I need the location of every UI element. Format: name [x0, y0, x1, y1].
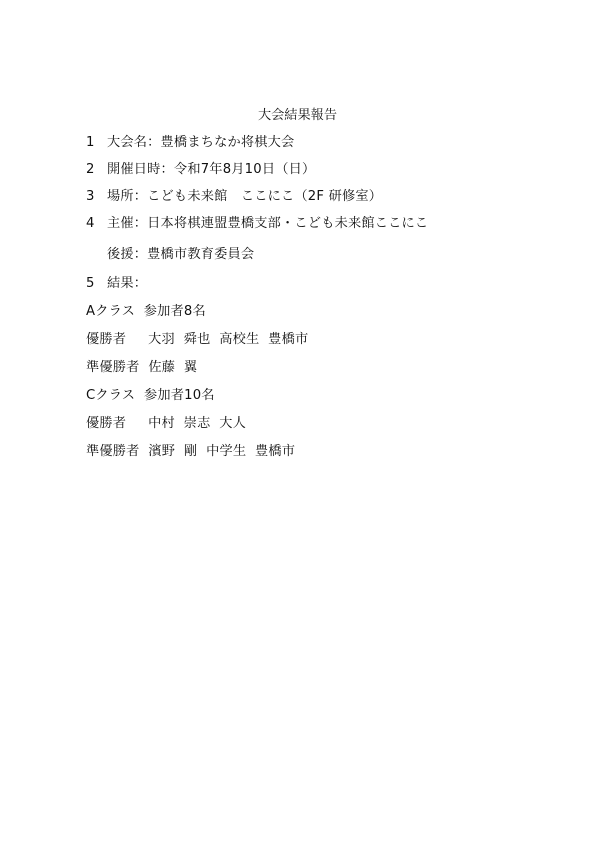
item-text: 開催日時：令和7年8月10日（日）: [107, 162, 315, 177]
result-class-a: Aクラス 参加者8名: [86, 303, 206, 321]
item-text: 場所：こども未来館 ここにこ（2F 研修室）: [107, 189, 382, 204]
item-number: 3: [86, 188, 107, 206]
result-class-c: Cクラス 参加者10名: [86, 387, 215, 405]
item-results-heading: 5結果：: [86, 275, 147, 293]
item-sponsor: 後援：豊橋市教育委員会: [86, 246, 254, 264]
report-title: 大会結果報告: [0, 107, 595, 125]
item-organizer: 4主催：日本将棋連盟豊橋支部・こども未来館ここにこ: [86, 215, 428, 233]
item-event-name: 1大会名：豊橋まちなか将棋大会: [86, 134, 294, 152]
item-text: 大会名：豊橋まちなか将棋大会: [107, 135, 294, 150]
item-text: 後援：豊橋市教育委員会: [107, 247, 254, 262]
item-number: 4: [86, 215, 107, 233]
result-c-runner-up: 準優勝者 濱野 剛 中学生 豊橋市: [86, 443, 295, 461]
item-text: 主催：日本将棋連盟豊橋支部・こども未来館ここにこ: [107, 216, 428, 231]
item-date: 2開催日時：令和7年8月10日（日）: [86, 161, 315, 179]
item-text: 結果：: [107, 276, 147, 291]
result-a-runner-up: 準優勝者 佐藤 翼: [86, 359, 197, 377]
item-number: 2: [86, 161, 107, 179]
result-c-winner: 優勝者 中村 崇志 大人: [86, 415, 246, 433]
item-number: 5: [86, 275, 107, 293]
item-venue: 3場所：こども未来館 ここにこ（2F 研修室）: [86, 188, 382, 206]
item-number: 1: [86, 134, 107, 152]
result-a-winner: 優勝者 大羽 舜也 高校生 豊橋市: [86, 331, 308, 349]
